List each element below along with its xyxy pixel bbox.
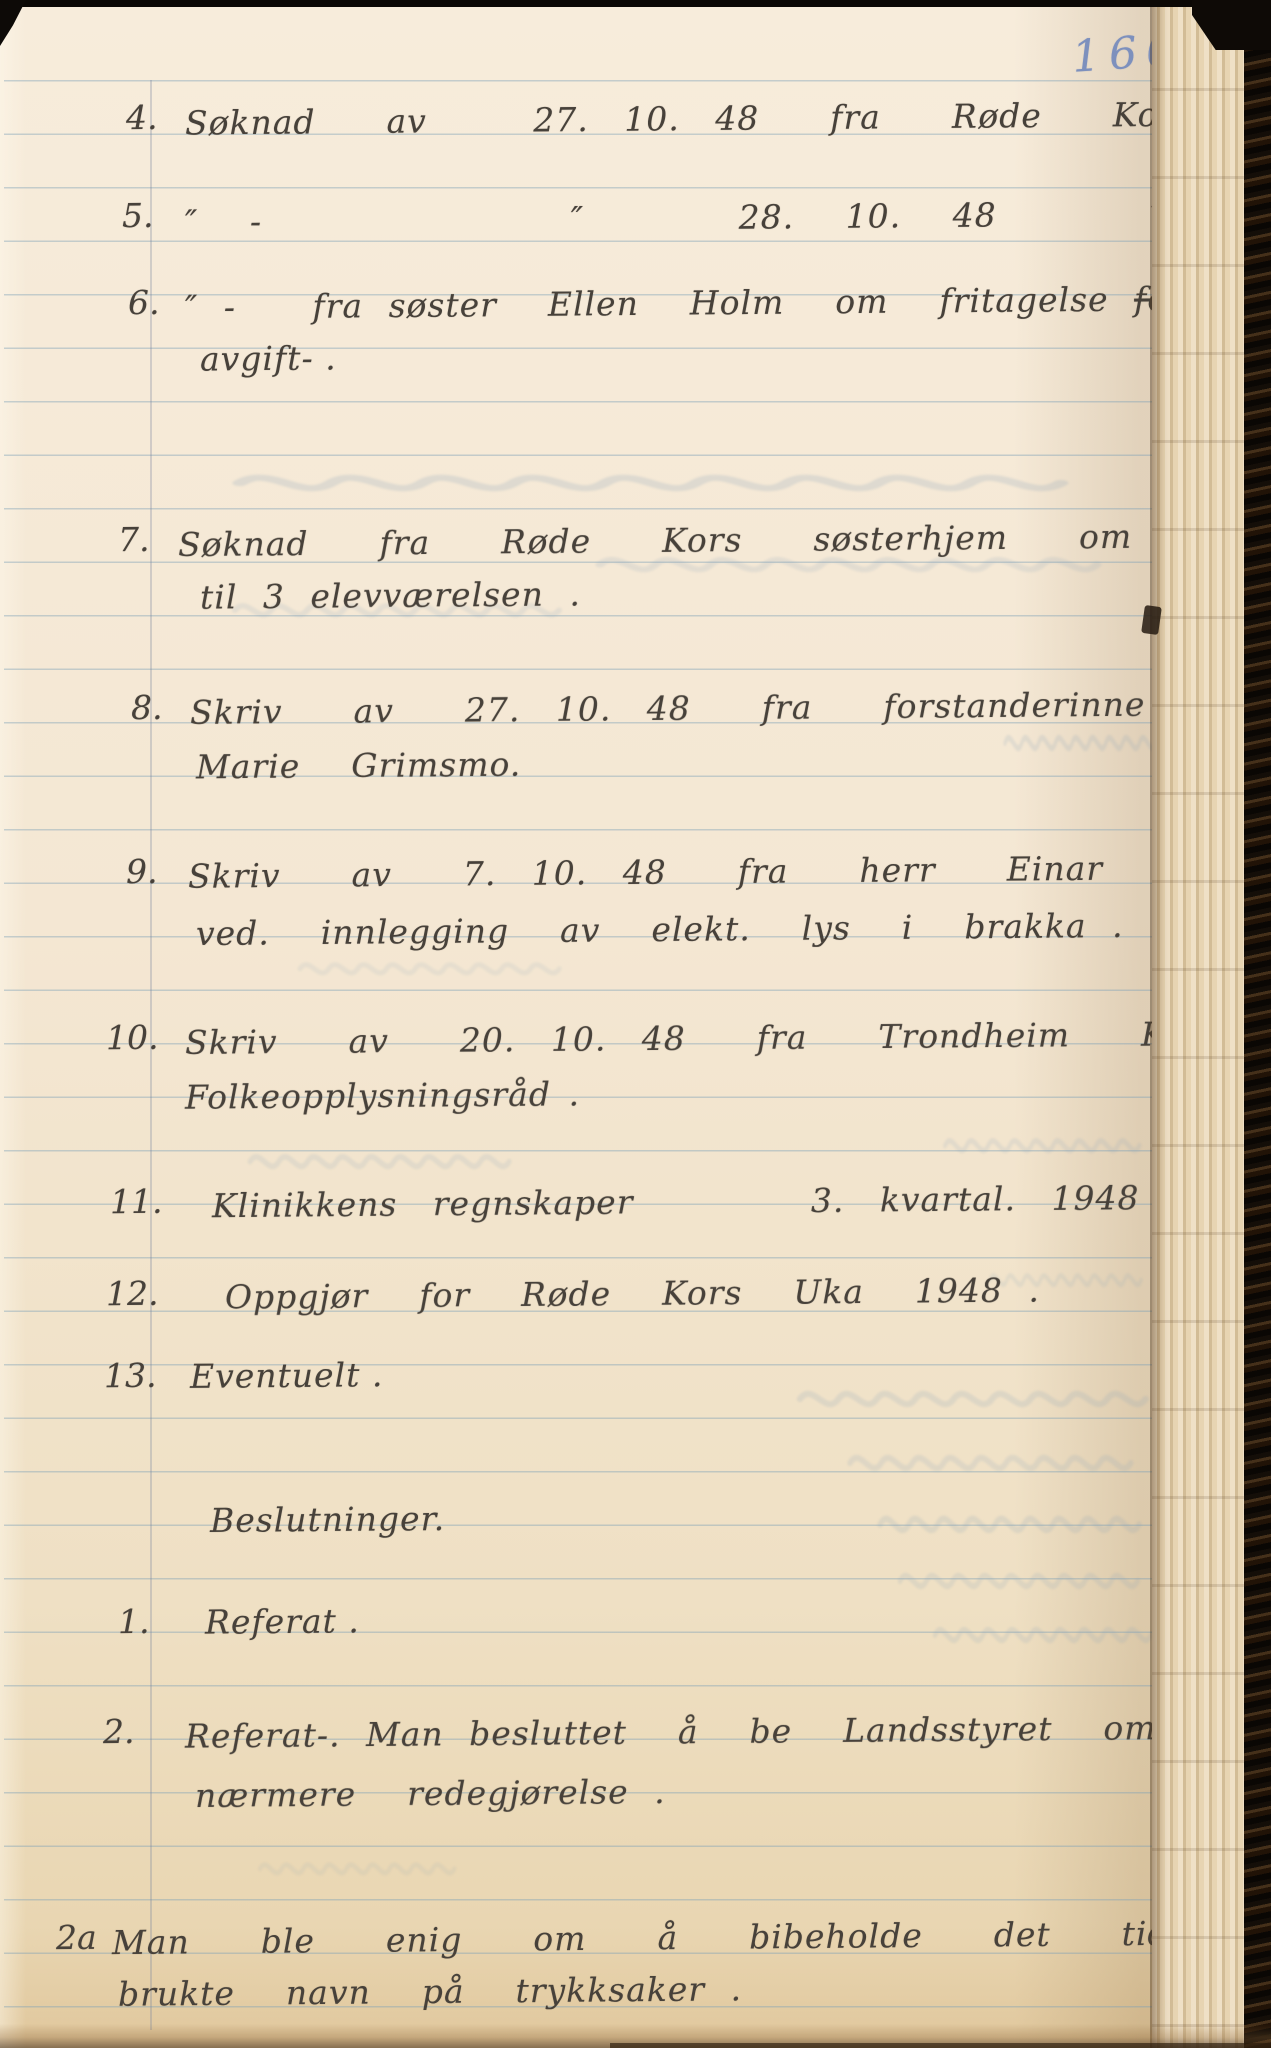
decision-2-text-line2: nærmere redegjørelse . <box>195 1772 666 1815</box>
decision-2-number: 2. <box>103 1712 135 1751</box>
agenda-item-6-text-line2: avgift- . <box>200 338 337 378</box>
agenda-item-10-text-line2: Folkeopplysningsråd . <box>185 1074 580 1116</box>
agenda-item-9-text-line2: ved. innlegging av elekt. lys i brakka . <box>196 906 1124 953</box>
agenda-item-8-text-line2: Marie Grimsmo. <box>196 745 522 787</box>
agenda-item-12-number: 12. <box>106 1274 159 1313</box>
scanned-protocol-page: 166 4. Søknad av 27. 10. 48 fra Røde Kor… <box>0 0 1271 2048</box>
agenda-item-9-number: 9. <box>126 852 158 891</box>
agenda-item-7-text-line2: til 3 elevværelsen . <box>200 574 581 616</box>
agenda-item-13-text: Eventuelt . <box>190 1355 384 1396</box>
book-page-edge-stack <box>1152 0 1244 2048</box>
decision-1-number: 1. <box>118 1602 150 1641</box>
scan-bottom-edge <box>610 2043 1271 2048</box>
agenda-item-12-text: Oppgjør for Røde Kors Uka 1948 . <box>225 1270 1040 1316</box>
agenda-item-10-number: 10. <box>106 1018 159 1057</box>
agenda-item-11-number: 11. <box>110 1182 163 1221</box>
book-binding-marbled <box>1244 0 1271 2048</box>
agenda-item-4-number: 4. <box>126 98 158 137</box>
decision-2a-text-line2: brukte navn på trykksaker . <box>118 1969 742 2013</box>
agenda-item-8-number: 8. <box>131 688 163 727</box>
agenda-item-13-number: 13. <box>104 1356 157 1395</box>
agenda-item-5-number: 5. <box>122 196 154 235</box>
decision-2a-number: 2a <box>56 1918 97 1957</box>
agenda-item-6-number: 6. <box>128 283 160 322</box>
notebook-page: 166 4. Søknad av 27. 10. 48 fra Røde Kor… <box>0 0 1152 2048</box>
decision-1-text: Referat . <box>205 1601 360 1641</box>
decisions-heading: Beslutninger. <box>210 1499 445 1540</box>
scan-top-edge <box>0 0 1271 7</box>
agenda-item-6-text-pre: ″ - fra søster Ellen Holm om fritagelse <box>185 280 1134 327</box>
agenda-item-7-number: 7. <box>118 520 150 559</box>
